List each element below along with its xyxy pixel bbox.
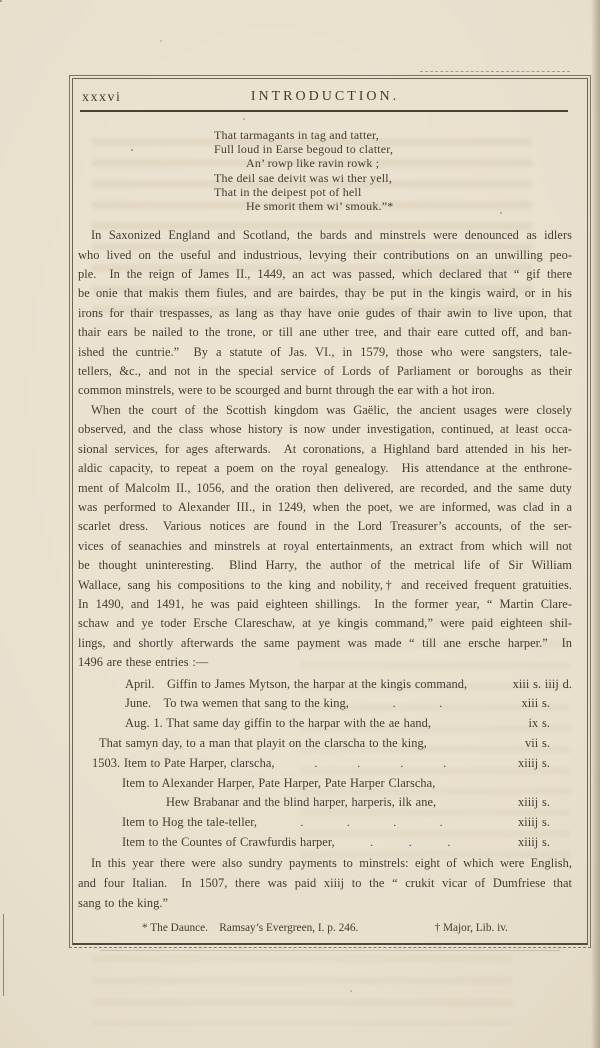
page-header: xxxvi INTRODUCTION.	[78, 84, 572, 110]
closing-paragraph: In this year there were also sundry paym…	[78, 853, 572, 914]
entry-amount: xiiij s.	[486, 793, 572, 813]
verse-line: That in the deipest pot of hell	[214, 185, 572, 199]
entry-row: Aug. 1. That same day giffin to the harp…	[125, 714, 572, 734]
verse-line: Full loud in Earse begoud to clatter,	[214, 142, 572, 156]
text-line: In Saxonized England and Scotland, the b…	[78, 226, 572, 245]
entry-amount: xiiij s.	[486, 754, 572, 774]
border-artifact	[100, 950, 560, 951]
verse-line: The deil sae deivit was wi ther yell,	[214, 171, 572, 185]
leader-dot: .	[300, 813, 303, 833]
footnote-major: † Major, Lib. iv.	[435, 922, 509, 934]
verse: That tarmagants in tag and tatter,Full l…	[214, 128, 572, 213]
running-title: INTRODUCTION.	[78, 89, 572, 105]
text-line: irons for thair trespasses, as lang as t…	[78, 304, 572, 323]
entry-text: 1503. Item to Pate Harper, clarscha,	[92, 754, 275, 774]
text-line: vices of seanachies and minstrels at roy…	[78, 537, 572, 556]
entry-text: April. Giffin to James Mytson, the harpa…	[125, 675, 467, 695]
text-line: common minstrels, were to be scourged an…	[78, 381, 572, 400]
entry-row: Item to the Countes of Crawfurdis harper…	[122, 833, 572, 853]
entry-amount: xiiij s.	[486, 833, 572, 853]
leader-dot: .	[370, 833, 373, 853]
entry-text: Item to the Countes of Crawfurdis harper…	[122, 833, 335, 853]
footnote-daunce: * The Daunce. Ramsay’s Evergreen, I. p. …	[142, 922, 358, 934]
entry-row: Item to Alexander Harper, Pate Harper, P…	[122, 774, 572, 794]
page-edge-shadow	[591, 0, 600, 1048]
leader-dot: .	[393, 694, 396, 714]
header-rule	[80, 110, 568, 112]
text-line: 1496 are these entries :—	[78, 653, 572, 672]
text-line: was performed to Alexander III., in 1249…	[78, 498, 572, 517]
leader-dot: .	[443, 754, 446, 774]
verse-line: An’ rowp like ravin rowk ;	[246, 156, 572, 170]
text-line: schaw and ye toder Ersche Clareschaw, at…	[78, 614, 572, 633]
leader-dot: .	[409, 833, 412, 853]
scanned-book-page: xxxvi INTRODUCTION. That tarmagants in t…	[0, 0, 600, 1048]
text-line: be onie that makis them fiules, and are …	[78, 284, 572, 303]
text-line: sional services, for ages afterwards. At…	[78, 440, 572, 459]
text-line: In 1490, and 1491, he was paid eighteen …	[78, 595, 572, 614]
entry-row: June. To twa wemen that sang to the king…	[125, 694, 572, 714]
entry-row: Item to Hog the tale-teller,....xiiij s.	[122, 813, 572, 833]
leader-dot: .	[347, 813, 350, 833]
entry-text: Aug. 1. That same day giffin to the harp…	[125, 714, 431, 734]
text-line: thair ears be nailed to the trone, or ti…	[78, 323, 572, 342]
bleedthrough-texture	[92, 955, 512, 1025]
entry-text: Item to Hog the tale-teller,	[122, 813, 257, 833]
entry-dot-leader: ..	[349, 694, 486, 714]
leader-dot: .	[314, 754, 317, 774]
paragraph-scottish-court: When the court of the Scottish kingdom w…	[78, 401, 572, 673]
text-line: and four Italian. In 1507, there was pai…	[78, 873, 572, 893]
text-line: ple. In the reign of James II., 1449, an…	[78, 265, 572, 284]
page-edge-mark	[3, 914, 4, 996]
paragraph-saxonized: In Saxonized England and Scotland, the b…	[78, 226, 572, 401]
footnotes: * The Daunce. Ramsay’s Evergreen, I. p. …	[78, 922, 572, 934]
border-artifact	[420, 71, 570, 72]
entry-row: That samyn day, to a man that playit on …	[99, 734, 572, 754]
entry-row: April. Giffin to James Mytson, the harpa…	[125, 675, 572, 695]
text-line: tellers, &c., and not in the special ser…	[78, 362, 572, 381]
leader-dot: .	[440, 813, 443, 833]
leader-dot: .	[447, 833, 450, 853]
text-line: Wallace, sang his compositions to the ki…	[78, 576, 572, 595]
paper-specks	[0, 0, 2, 2]
entry-amount: xiiij s.	[486, 813, 572, 833]
text-line: When the court of the Scottish kingdom w…	[78, 401, 572, 420]
payment-entries: April. Giffin to James Mytson, the harpa…	[78, 675, 572, 853]
entry-row: 1503. Item to Pate Harper, clarscha,....…	[92, 754, 572, 774]
text-line: scarlet dress. Various notices are found…	[78, 517, 572, 536]
leader-dot: .	[393, 813, 396, 833]
entry-text: Hew Brabanar and the blind harper, harpe…	[166, 793, 436, 813]
entry-dot-leader: ....	[275, 754, 486, 774]
entry-text: That samyn day, to a man that playit on …	[99, 734, 427, 754]
entry-dot-leader: ....	[257, 813, 486, 833]
text-line: who lived on the useful and industrious,…	[78, 246, 572, 265]
leader-dot: .	[357, 754, 360, 774]
entry-text: Item to Alexander Harper, Pate Harper, P…	[122, 774, 435, 794]
page-content: xxxvi INTRODUCTION. That tarmagants in t…	[78, 84, 572, 934]
text-line: aldic capacity, to repeat a poem on the …	[78, 459, 572, 478]
entry-text: June. To twa wemen that sang to the king…	[125, 694, 349, 714]
text-line: lings, and shortly afterwards the same p…	[78, 634, 572, 653]
text-line: sang to the king.”	[78, 893, 572, 913]
text-line: ment of Malcolm II., 1056, and the orati…	[78, 479, 572, 498]
verse-line: That tarmagants in tag and tatter,	[214, 128, 572, 142]
leader-dot: .	[439, 694, 442, 714]
entry-amount: xiii s. iiij d.	[513, 675, 572, 695]
text-line: observed, and the class whose history is…	[78, 420, 572, 439]
verse-line: He smorit them wi’ smouk.”*	[246, 199, 572, 213]
entry-amount: vii s.	[486, 734, 572, 754]
entry-dot-leader: ...	[335, 833, 486, 853]
entry-row: Hew Brabanar and the blind harper, harpe…	[166, 793, 572, 813]
text-line: ished the cuntrie.” By a statute of Jas.…	[78, 343, 572, 362]
entry-amount: xiii s.	[486, 694, 572, 714]
text-line: be thought uninteresting. Blind Harry, t…	[78, 556, 572, 575]
leader-dot: .	[400, 754, 403, 774]
entry-amount: ix s.	[486, 714, 572, 734]
text-line: In this year there were also sundry paym…	[78, 853, 572, 873]
